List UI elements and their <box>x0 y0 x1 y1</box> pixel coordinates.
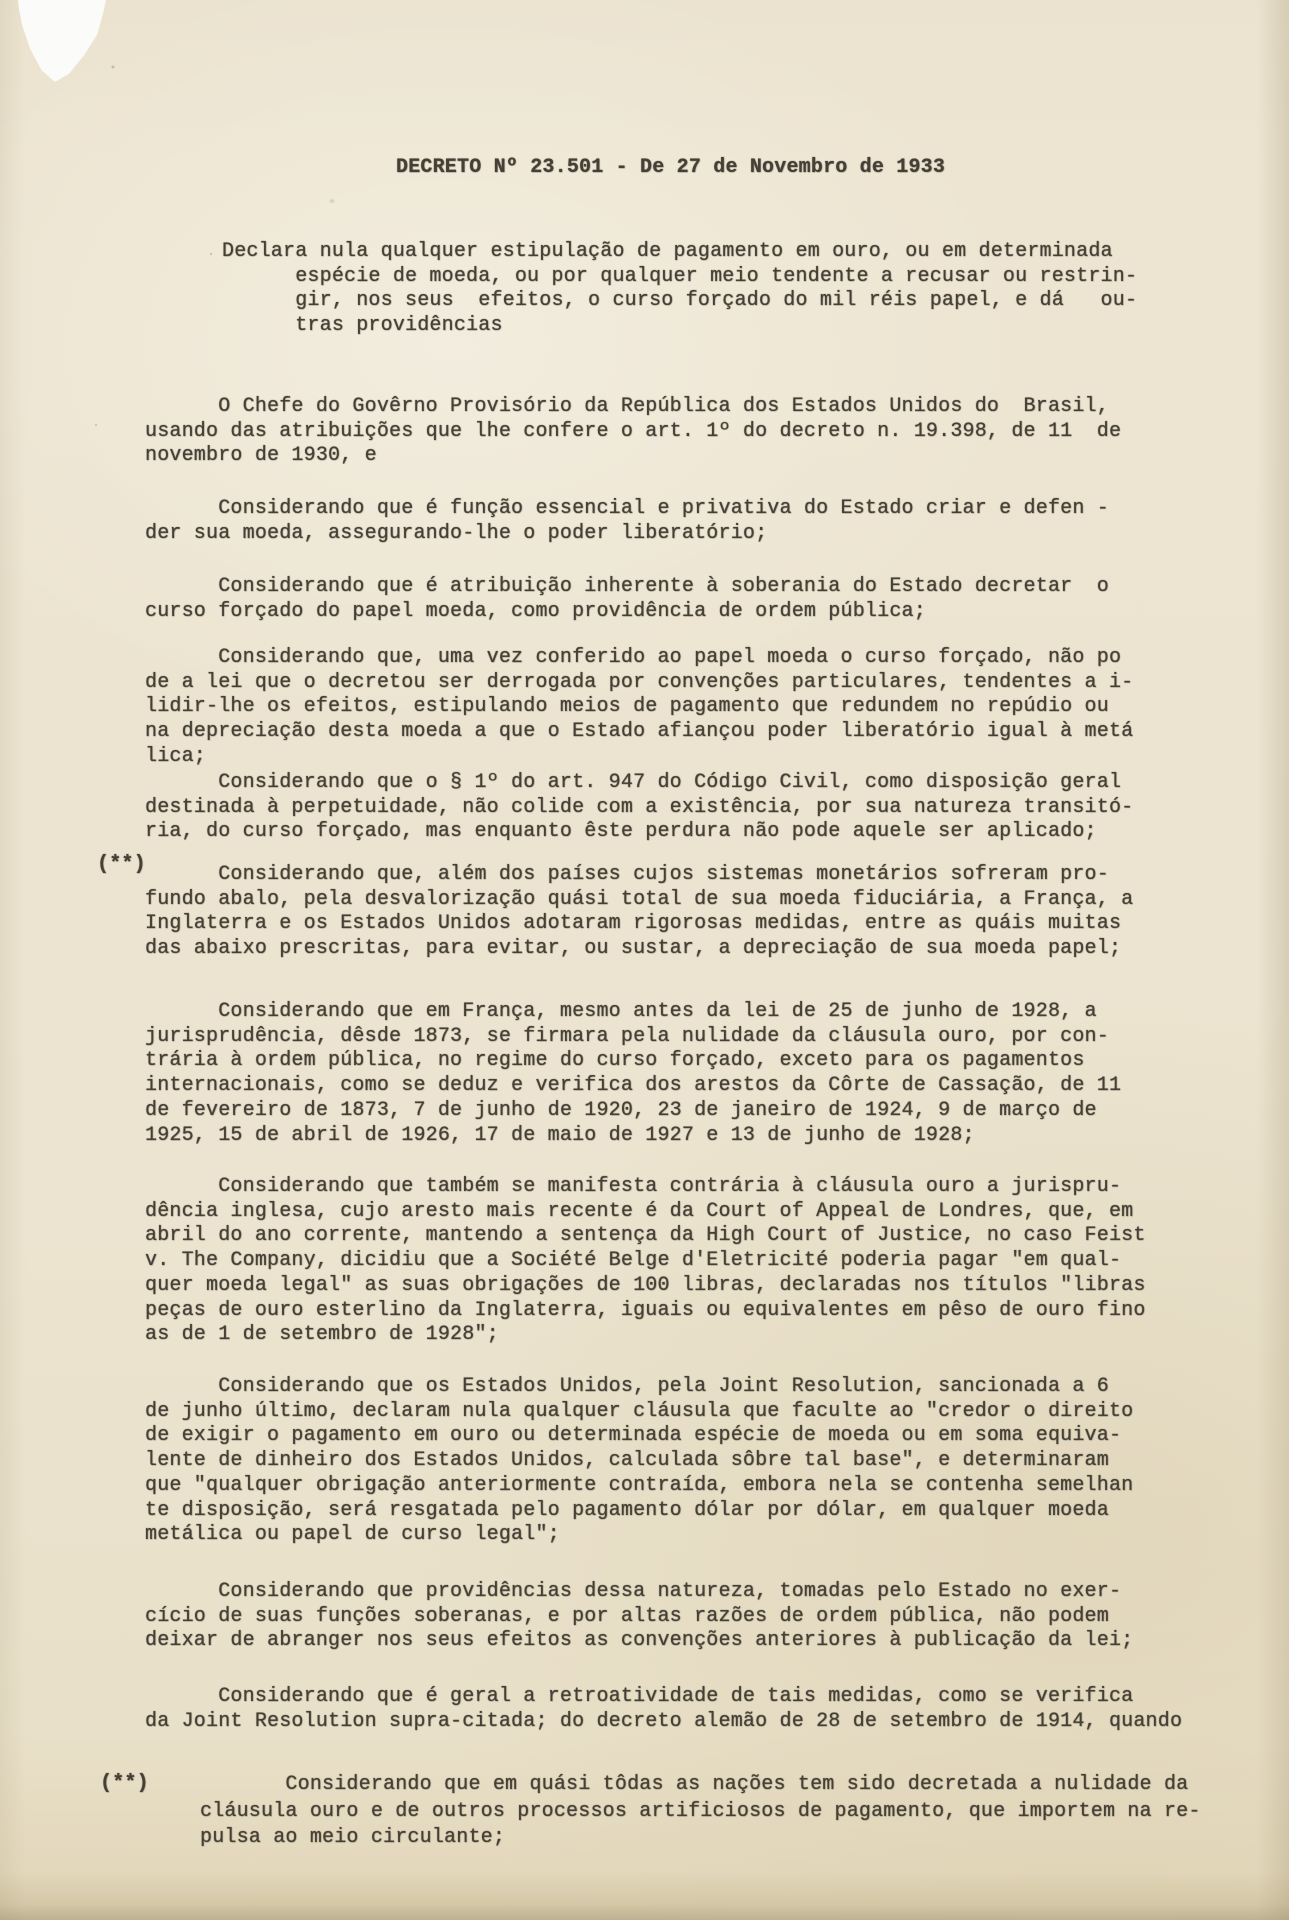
paragraph-considerando-11: Considerando que em quási tôdas as naçõe… <box>200 1772 1201 1852</box>
margin-marker-2: (**) <box>100 1772 149 1797</box>
decree-summary: Declara nula qualquer estipulação de pag… <box>222 240 1137 339</box>
paragraph-considerando-6: Considerando que em França, mesmo antes … <box>145 1000 1121 1148</box>
document-page: DECRETO Nº 23.501 - De 27 de Novembro de… <box>0 0 1289 1920</box>
paragraph-considerando-9: Considerando que providências dessa natu… <box>145 1580 1133 1654</box>
paragraph-preamble: O Chefe do Govêrno Provisório da Repúbli… <box>145 395 1121 469</box>
paragraph-considerando-1: Considerando que é função essencial e pr… <box>145 497 1109 546</box>
paragraph-considerando-2: Considerando que é atribuição inherente … <box>145 575 1109 624</box>
paragraph-considerando-7: Considerando que também se manifesta con… <box>145 1175 1146 1348</box>
paragraph-considerando-4: Considerando que o § 1º do art. 947 do C… <box>145 771 1133 845</box>
paragraph-considerando-10: Considerando que é geral a retroatividad… <box>145 1685 1182 1734</box>
paragraph-considerando-8: Considerando que os Estados Unidos, pela… <box>145 1375 1133 1548</box>
torn-paper-corner <box>18 0 106 82</box>
paragraph-considerando-3: Considerando que, uma vez conferido ao p… <box>145 646 1133 770</box>
paragraph-considerando-5: Considerando que, além dos países cujos … <box>145 863 1133 962</box>
margin-marker-1: (**) <box>97 853 146 878</box>
decree-title: DECRETO Nº 23.501 - De 27 de Novembro de… <box>396 156 945 181</box>
